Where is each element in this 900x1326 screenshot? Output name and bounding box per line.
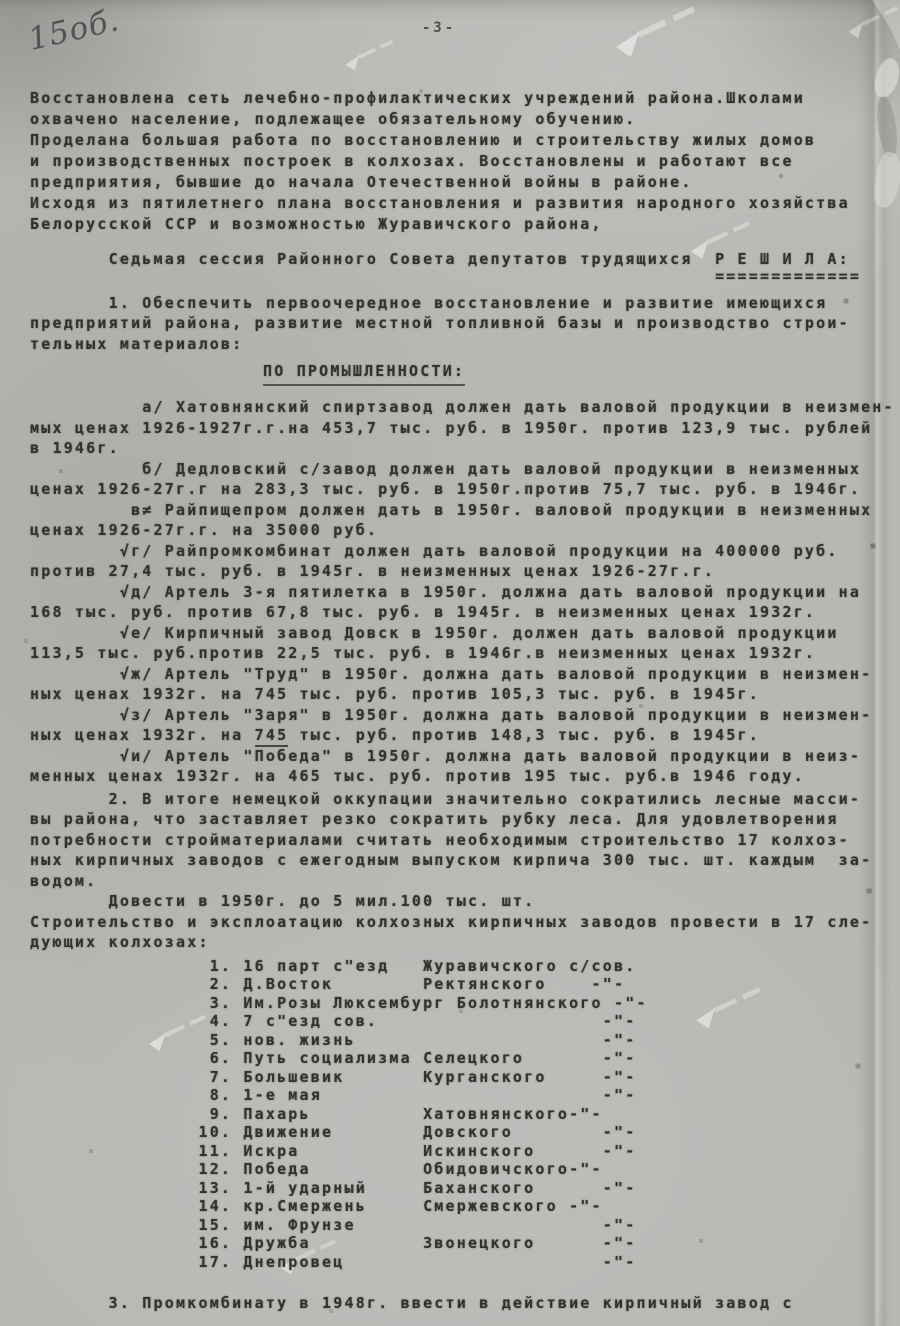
dovesti-line: Довести в 1950г. до 5 мил.100 тыс. шт. (30, 891, 900, 912)
industry-item-zh: √ж/ Артель "Труд" в 1950г. должна дать в… (30, 664, 900, 705)
intro-paragraph: Восстановлена сеть лечебно-профилактичес… (30, 88, 900, 235)
underlined-value: 745 (255, 726, 289, 747)
industry-item-a: а/ Хатовнянский спиртзавод должен дать в… (30, 397, 900, 459)
item-z-line2-post: тыс. руб. против 148,3 тыс. руб. в 1945г… (288, 726, 760, 744)
industry-item-i: √и/ Артель "Победа" в 1950г. должна дать… (30, 746, 900, 787)
kolkhoz-list-row: 3. Им.Розы Люксембург Болотнянского -"- (30, 994, 900, 1013)
industry-item-z-line2: ных ценах 1932г. на 745 тыс. руб. против… (30, 725, 900, 746)
item-1-paragraph: 1. Обеспечить первоочередное восстановле… (30, 293, 900, 355)
item-z-line2-pre: ных ценах 1932г. на (30, 726, 255, 744)
industry-item-e: √е/ Кирпичный завод Довск в 1950г. долже… (30, 623, 900, 664)
kolkhoz-list-row: 10. Движение Довского -"- (30, 1123, 900, 1142)
kolkhoz-list-row: 14. кр.Смержень Смержевского -"- (30, 1197, 900, 1216)
industry-section-header: ПО ПРОМЫШЛЕННОСТИ: (263, 360, 465, 386)
kolkhoz-list-row: 9. Пахарь Хатовнянского-"- (30, 1105, 900, 1124)
industry-item-b: б/ Дедловский с/завод должен дать валово… (30, 459, 900, 500)
industry-item-g: √г/ Райпромкомбинат должен дать валовой … (30, 541, 900, 582)
industry-header-row: ПО ПРОМЫШЛЕННОСТИ: (30, 360, 900, 386)
industry-item-d: √д/ Артель 3-я пятилетка в 1950г. должна… (30, 582, 900, 623)
kolkhoz-list-row: 7. Большевик Курганского -"- (30, 1068, 900, 1087)
kolkhoz-list-row: 15. им. Фрунзе -"- (30, 1216, 900, 1235)
forest-paragraph: 2. В итоге немецкой оккупации значительн… (30, 789, 900, 892)
kolkhoz-list-row: 8. 1-е мая -"- (30, 1086, 900, 1105)
construction-paragraph: Строительство и эксплоатацию колхозных к… (30, 912, 900, 953)
kolkhoz-list-row: 12. Победа Обидовичского-"- (30, 1160, 900, 1179)
kolkhoz-list-row: 11. Искра Искинского -"- (30, 1142, 900, 1161)
industry-item-z-line1: √з/ Артель "Заря" в 1950г. должна дать в… (30, 705, 900, 726)
kolkhoz-list-row: 2. Д.Восток Ректянского -"- (30, 975, 900, 994)
industry-item-v: в≠ Райпищепром должен дать в 1950г. вало… (30, 500, 900, 541)
document-body: Восстановлена сеть лечебно-профилактичес… (0, 0, 900, 1314)
kolkhoz-list-row: 1. 16 парт с"езд Журавичского с/сов. (30, 957, 900, 976)
kolkhoz-list-row: 13. 1-й ударный Баханского -"- (30, 1179, 900, 1198)
kolkhoz-list-row: 6. Путь социализма Селецкого -"- (30, 1049, 900, 1068)
kolkhoz-list-row: 16. Дружба Звонецкого -"- (30, 1234, 900, 1253)
kolkhoz-list-row: 17. Днепровец -"- (30, 1253, 900, 1272)
kolkhoz-list-row: 5. нов. жизнь -"- (30, 1031, 900, 1050)
scanned-document-page: 15об. -3- Восстановлена сеть лечебно-про… (0, 0, 900, 1326)
resolution-underline: ============= (30, 270, 900, 283)
kolkhoz-list-row: 4. 7 с"езд сов. -"- (30, 1012, 900, 1031)
final-paragraph: 3. Промкомбинату в 1948г. ввести в дейст… (30, 1293, 900, 1314)
